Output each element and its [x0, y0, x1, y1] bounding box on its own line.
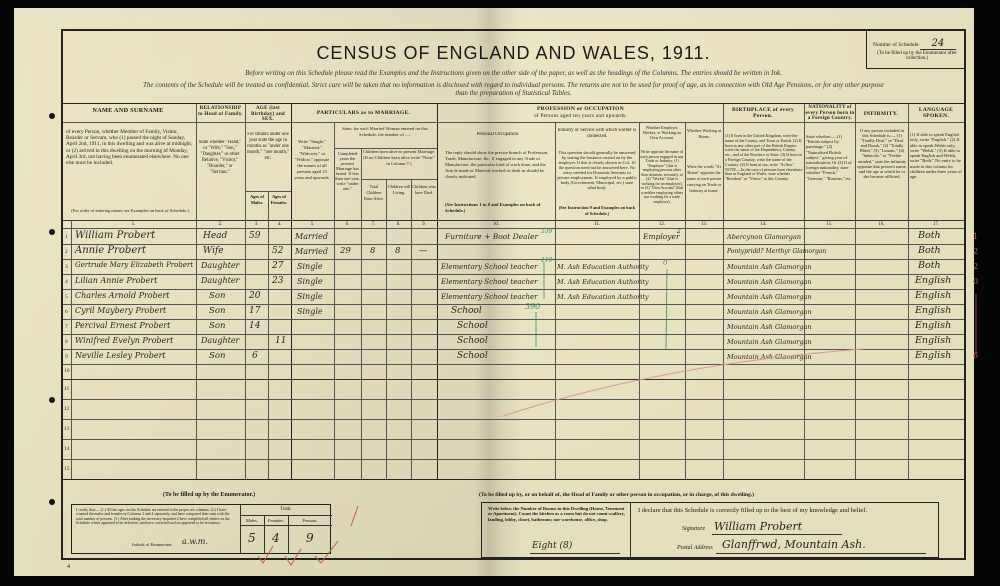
rooms-description: Write below the Number of Rooms in this …: [488, 506, 626, 522]
initials-label: Initials of Enumerator.: [132, 542, 173, 547]
census-schedule-form: CENSUS OF ENGLAND AND WALES, 1911. Befor…: [61, 29, 966, 560]
head-section-heading: (To be filled up by, or on behalf of, th…: [479, 492, 754, 498]
enumerator-initials: a.w.m.: [182, 537, 208, 546]
enumerator-certification: I certify that:— (1.) All the ages on th…: [76, 508, 236, 526]
binding-hole: [49, 113, 55, 119]
binding-hole: [49, 397, 55, 403]
binding-hole: [49, 229, 55, 235]
document-title: CENSUS OF ENGLAND AND WALES, 1911.: [63, 43, 964, 64]
binding-hole: [49, 499, 55, 505]
signature: William Probert: [714, 520, 802, 533]
census-table: NAME AND SURNAME RELATIONSHIP to Head of…: [63, 103, 964, 480]
schedule-number-box: Number of Schedule 24 (To be filled up b…: [866, 29, 966, 69]
red-check-marks: [233, 501, 373, 571]
page-number: 4: [67, 564, 70, 570]
instruction-line: Before writing on this Schedule please r…: [63, 69, 964, 77]
schedule-note: (To be filled up by the Enumerator after…: [873, 51, 961, 61]
signature-label: Signature: [682, 526, 705, 532]
head-section-box: Write below the Number of Rooms in this …: [481, 502, 939, 558]
census-page: CENSUS OF ENGLAND AND WALES, 1911. Befor…: [14, 8, 974, 576]
rooms-count: Eight (8): [532, 541, 572, 551]
schedule-number: 24: [920, 38, 956, 50]
enumerator-heading: (To be filled up by the Enumerator.): [163, 492, 255, 498]
postal-address-label: Postal Address: [677, 545, 713, 551]
annotation-marks: [63, 104, 993, 479]
confidential-line-2: than the preparation of Statistical Tabl…: [63, 89, 964, 97]
schedule-label: Number of Schedule: [873, 42, 919, 48]
confidential-line-1: The contents of the Schedule will be tre…: [63, 81, 964, 89]
postal-address: Glanffrwd, Mountain Ash.: [722, 538, 866, 551]
declaration: I declare that this Schedule is correctl…: [638, 507, 867, 514]
